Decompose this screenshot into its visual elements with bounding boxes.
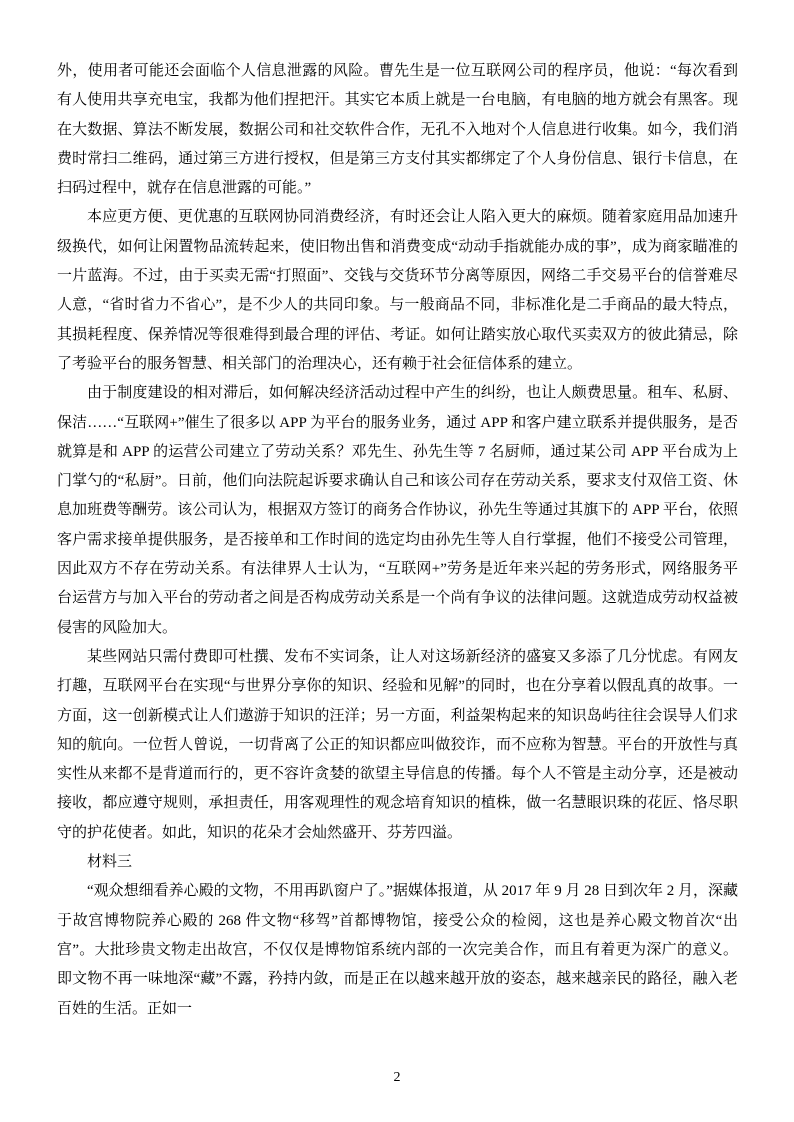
document-page: 外，使用者可能还会面临个人信息泄露的风险。曹先生是一位互联网公司的程序员，他说：… — [0, 0, 794, 1122]
paragraph-labor-relations: 由于制度建设的相对滞后，如何解决经济活动过程中产生的纠纷，也让人颇费思量。租车、… — [57, 379, 738, 643]
paragraph-continuation: 外，使用者可能还会面临个人信息泄露的风险。曹先生是一位互联网公司的程序员，他说：… — [57, 57, 738, 203]
paragraph-museum-relics: “观众想细看养心殿的文物，不用再趴窗户了。”据媒体报道，从 2017 年 9 月… — [57, 877, 738, 1023]
paragraph-knowledge-platforms: 某些网站只需付费即可杜撰、发布不实词条，让人对这场新经济的盛宴又多添了几分忧虑。… — [57, 643, 738, 848]
paragraph-internet-economy: 本应更方便、更优惠的互联网协同消费经济，有时还会让人陷入更大的麻烦。随着家庭用品… — [57, 203, 738, 379]
page-number: 2 — [0, 1068, 794, 1088]
document-body: 外，使用者可能还会面临个人信息泄露的风险。曹先生是一位互联网公司的程序员，他说：… — [57, 57, 738, 1024]
section-heading-material-three: 材料三 — [57, 848, 738, 877]
